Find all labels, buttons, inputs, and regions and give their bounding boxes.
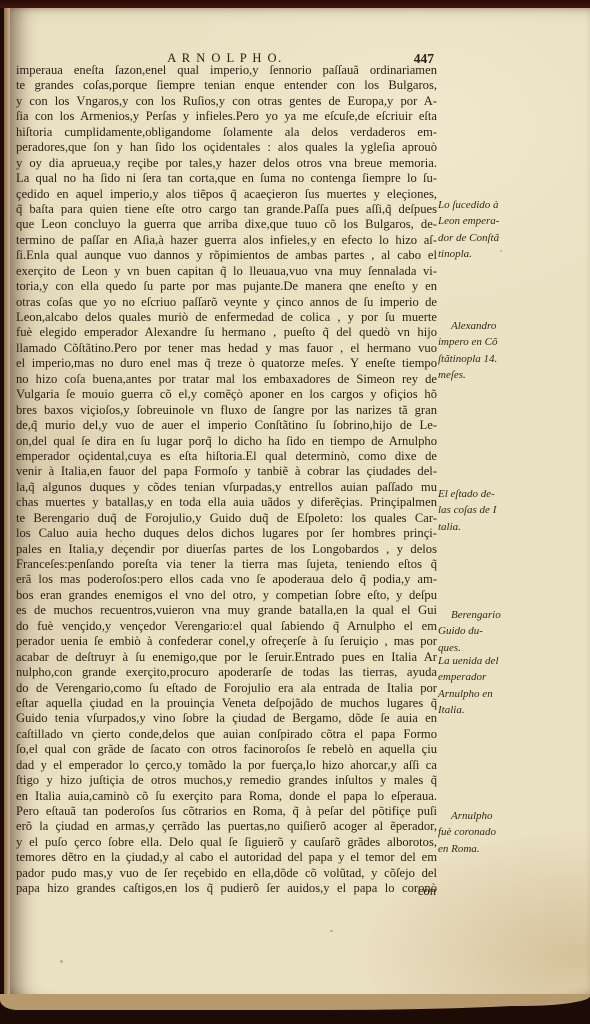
text-line: do fuè vençido,y vençedor Verengario:el … <box>16 619 437 634</box>
text-line: on,del qual ſe dira en ſu lugar porq̃ lo… <box>16 434 437 449</box>
text-line: chas muertes y batallas,y en toda ella a… <box>16 495 437 510</box>
text-line: ſia con los Armenios,y Perſas y infieles… <box>16 109 437 124</box>
margin-note-line: dor de Conſtã <box>438 230 530 246</box>
text-line: Pero eſtauã tan poderoſos ſus cõtrarios … <box>16 804 437 819</box>
foxing-speck <box>330 930 333 932</box>
margin-note-line: El eſtado de- <box>438 486 530 502</box>
margin-note-line: tinopla. <box>438 246 530 262</box>
body-text: imperaua eneſta ſazon,enel qual imperio,… <box>16 63 437 897</box>
text-line: llamado Cõſtãtino.Pero por tener mas hed… <box>16 341 437 356</box>
text-line: erõ la çiudad en armas,y çerrãdo las pue… <box>16 819 437 834</box>
foxing-speck <box>500 250 502 252</box>
text-line: Franceſes:penſando poreſta via tener la … <box>16 557 437 572</box>
text-line: los Caluo auia hecho duques delos dichos… <box>16 526 437 541</box>
text-line: emperador oçidental,cuya es eſta hiſtori… <box>16 449 437 464</box>
text-line: Leon,alcabo delos quales muriò de enferm… <box>16 310 437 325</box>
margin-note: El eſtado de-las coſas de Italia. <box>438 486 530 535</box>
text-line: otras coſas que yo no eſcriuo paſſarõ ve… <box>16 295 437 310</box>
text-line: erã los mas poderoſos:pero ellos cada vn… <box>16 572 437 587</box>
margin-note: Alexandroimpero en Cõſtãtinopla 14.meſes… <box>438 318 530 383</box>
text-line: el imperio,mas no duro enel mas q̃ treze… <box>16 356 437 371</box>
text-line: y el puſo çerco ſobre ella. Delo qual ſe… <box>16 835 437 850</box>
text-line: y oy dia aprueua,y reçibe por tales,y ha… <box>16 156 437 171</box>
page-edge-left <box>4 8 10 998</box>
margin-note-line: meſes. <box>438 367 530 383</box>
text-line: bres baxos viçioſos,y ſobreuinole vn flu… <box>16 403 437 418</box>
text-line: te grandes coſas,porque ſiempre tenian e… <box>16 78 437 93</box>
text-line: que Leon concluyo la guerra que arriba d… <box>16 217 437 232</box>
text-line: termino de paſſar en Aſia,à hazer guerra… <box>16 233 437 248</box>
margin-note-line: Lo ſucedido à <box>438 197 530 213</box>
text-line: venir à Italia,en fauor del papa Formoſo… <box>16 464 437 479</box>
text-line: hiſtoria cumplidamente,obligandome ſolam… <box>16 125 437 140</box>
book-photo: A R N O L P H O. 447 imperaua eneſta ſaz… <box>0 0 590 1024</box>
text-line: eſtar aquella çiudad en la prouinçia Ven… <box>16 696 437 711</box>
text-line: toria,y con ella quedo ſu parte por mas … <box>16 279 437 294</box>
text-line: y con los Vngaros,y con los Ruſios,y con… <box>16 94 437 109</box>
text-line: q̃ baſta para quien tiene eſte otro carg… <box>16 202 437 217</box>
margin-note-line: Leon empera- <box>438 213 530 229</box>
margin-note-line: talia. <box>438 519 530 535</box>
margin-note: BerengarioGuido du-ques. <box>438 607 530 656</box>
text-line: ſtigo y hizo juſtiçia de otros muchos,y … <box>16 773 437 788</box>
margin-note-line: Guido du- <box>438 623 530 639</box>
text-line: dad y el emperador lo çerco,y tomãdo la … <box>16 758 437 773</box>
text-line: La qual no ha ſido ni ſera tan corta,que… <box>16 171 437 186</box>
text-line: te Berengario duq̃ de Forojulio,y Guido … <box>16 511 437 526</box>
text-line: es de muchos recuentros,vuieron vna muy … <box>16 603 437 618</box>
margin-note-line: en Roma. <box>438 841 530 857</box>
margin-note-line: Arnulpho en <box>438 686 530 702</box>
text-line: caſtillado vn çierto conde,delos que aui… <box>16 727 437 742</box>
margin-notes: Lo ſucedido àLeon empera-dor de Conſtãti… <box>438 0 530 1024</box>
margin-note-line: emperador <box>438 669 530 685</box>
text-line: bos eran grandes enemigos el vno del otr… <box>16 588 437 603</box>
text-line: papa hizo grandes caſtigos,en los q̃ pud… <box>16 881 437 896</box>
catchword: con <box>380 884 436 899</box>
text-line: Vulgaria ſe mouio guerra cõ el,y comẽçò … <box>16 387 437 402</box>
text-line: nulpho,con grande exerçito,procuro apode… <box>16 665 437 680</box>
text-line: de,q̃ murio del,y vuo de auer el imperio… <box>16 418 437 433</box>
margin-note-line: La uenida del <box>438 653 530 669</box>
text-line: do de Verengario,como ſu eſtado de Foroj… <box>16 681 437 696</box>
margin-note-line: fuè coronado <box>438 824 530 840</box>
text-line: la,q̃ algunos duques y cõdes tenian vſur… <box>16 480 437 495</box>
margin-note-line: Berengario <box>438 607 530 623</box>
text-line: ſi.Enla qual aunque vuo dannos y rõpimie… <box>16 248 437 263</box>
foxing-speck <box>120 540 122 542</box>
foxing-speck <box>60 960 63 963</box>
margin-note-line: Italia. <box>438 702 530 718</box>
margin-note-line: impero en Cõ <box>438 334 530 350</box>
text-line: en Italia auia,caminò cõ ſu exerçito par… <box>16 789 437 804</box>
margin-note-line: ſtãtinopla 14. <box>438 351 530 367</box>
text-line: peradores,que ſon y han ſido los oçident… <box>16 140 437 155</box>
text-line: ſo,el qual con grãde de ſacato con otros… <box>16 742 437 757</box>
text-line: temores dẽtro en la çiudad,y al cabo el … <box>16 850 437 865</box>
margin-note-line: Alexandro <box>438 318 530 334</box>
margin-note-line: las coſas de I <box>438 502 530 518</box>
margin-note: Arnulphofuè coronadoen Roma. <box>438 808 530 857</box>
text-line: perador uenia ſe embiò à confederar cone… <box>16 634 437 649</box>
text-line: imperaua eneſta ſazon,enel qual imperio,… <box>16 63 437 78</box>
text-line: pador pudo mas,y vuo de ſer reçebido en … <box>16 866 437 881</box>
margin-note: La uenida delemperadorArnulpho enItalia. <box>438 653 530 718</box>
text-line: çedido en aquel imperio,y alos tiẽpos q̃… <box>16 187 437 202</box>
text-line: acabar de deſtruyr à ſu enemigo,que por … <box>16 650 437 665</box>
text-line: fuè elegido emperador Alexandre ſu herma… <box>16 325 437 340</box>
text-line: exerçito de Leon y vn buen capitan q̃ lo… <box>16 264 437 279</box>
margin-note-line: Arnulpho <box>438 808 530 824</box>
text-line: pales en Italia,y deçendir por diuerſas … <box>16 542 437 557</box>
text-line: Guido tenia vſurpados,y vino ſobre la çi… <box>16 711 437 726</box>
margin-note: Lo ſucedido àLeon empera-dor de Conſtãti… <box>438 197 530 262</box>
text-line: no hizo coſa buena,antes por tratar mal … <box>16 372 437 387</box>
